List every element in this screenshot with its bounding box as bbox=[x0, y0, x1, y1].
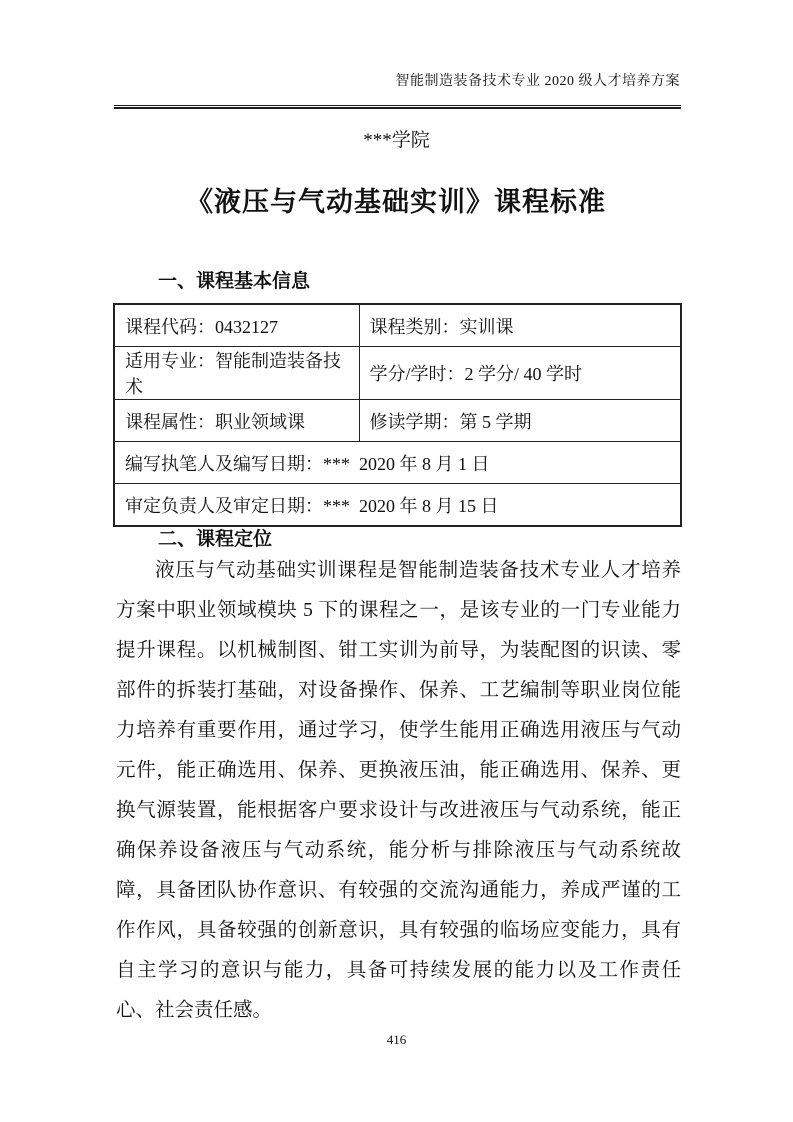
school-title: ***学院 bbox=[113, 125, 680, 152]
course-info-table: 课程代码：0432127 课程类别：实训课 适用专业：智能制造装备技术 学分/学… bbox=[113, 303, 682, 527]
table-row: 审定负责人及审定日期：*** 2020 年 8 月 15 日 bbox=[114, 484, 681, 527]
credits-hours-cell: 学分/学时：2 学分/ 40 学时 bbox=[359, 347, 681, 400]
section-heading-basic-info: 一、课程基本信息 bbox=[113, 266, 680, 293]
table-row: 课程代码：0432127 课程类别：实训课 bbox=[114, 304, 681, 347]
table-row: 编写执笔人及编写日期：*** 2020 年 8 月 1 日 bbox=[114, 442, 681, 484]
study-semester-cell: 修读学期：第 5 学期 bbox=[359, 400, 681, 442]
course-positioning-paragraph: 液压与气动基础实训课程是智能制造装备技术专业人才培养方案中职业领域模块 5 下的… bbox=[116, 551, 681, 1031]
table-row: 课程属性：职业领域课 修读学期：第 5 学期 bbox=[114, 400, 681, 442]
course-code-cell: 课程代码：0432127 bbox=[114, 304, 359, 347]
reviewer-date-cell: 审定负责人及审定日期：*** 2020 年 8 月 15 日 bbox=[114, 484, 681, 527]
document-page: 智能制造装备技术专业 2020 级人才培养方案 ***学院 《液压与气动基础实训… bbox=[0, 0, 793, 1122]
course-attribute-cell: 课程属性：职业领域课 bbox=[114, 400, 359, 442]
page-header-text: 智能制造装备技术专业 2020 级人才培养方案 bbox=[113, 70, 680, 90]
header-rule bbox=[114, 105, 681, 109]
author-date-cell: 编写执笔人及编写日期：*** 2020 年 8 月 1 日 bbox=[114, 442, 681, 484]
course-category-cell: 课程类别：实训课 bbox=[359, 304, 681, 347]
document-title: 《液压与气动基础实训》课程标准 bbox=[56, 180, 736, 219]
applicable-major-cell: 适用专业：智能制造装备技术 bbox=[114, 347, 359, 400]
table-row: 适用专业：智能制造装备技术 学分/学时：2 学分/ 40 学时 bbox=[114, 347, 681, 400]
page-number: 416 bbox=[0, 1032, 793, 1048]
section-heading-course-positioning: 二、课程定位 bbox=[113, 524, 680, 551]
